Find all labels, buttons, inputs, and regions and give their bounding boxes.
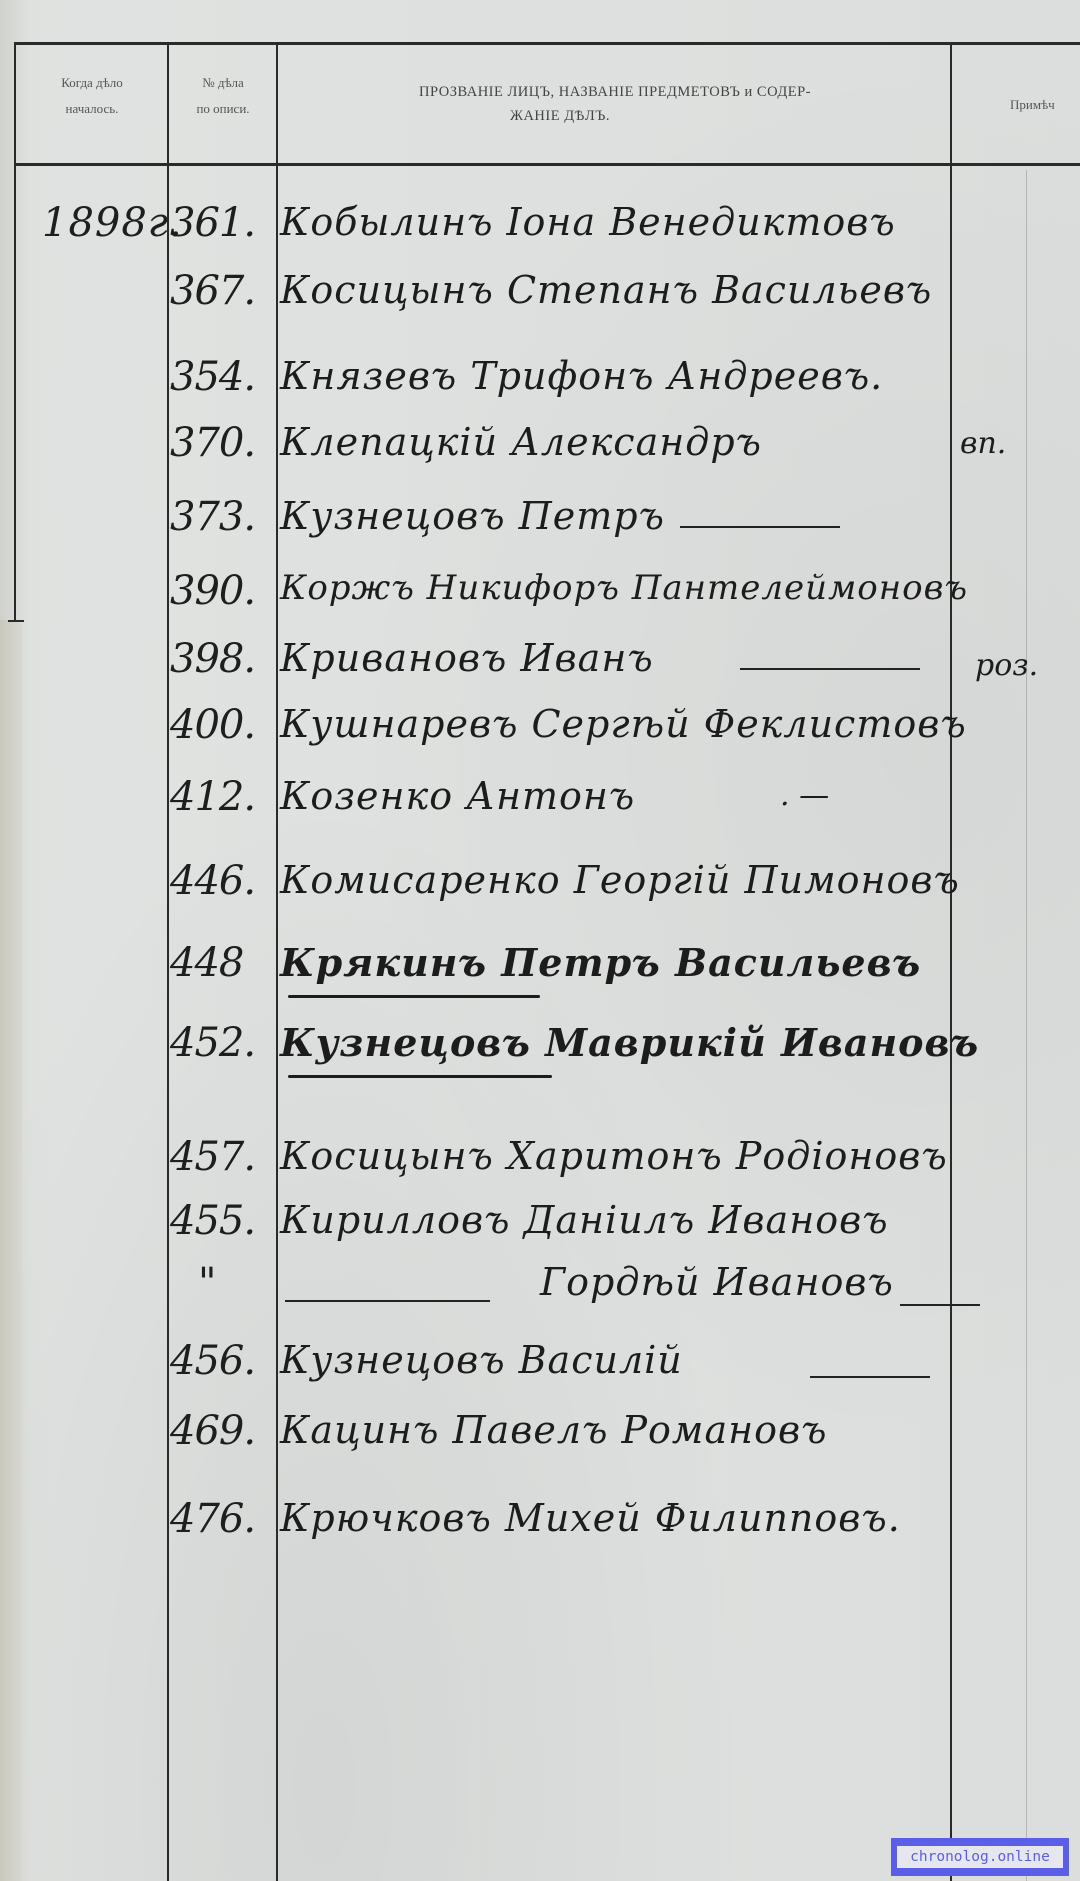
case-note: роз. xyxy=(975,648,1038,683)
table-row: 398. Кривановъ Иванъ роз. xyxy=(0,636,1080,696)
case-name: Кацинъ Павелъ Романовъ xyxy=(280,1408,827,1452)
filler-dash xyxy=(740,668,920,670)
table-row: 400. Кушнаревъ Сергѣй Феклистовъ xyxy=(0,702,1080,762)
case-name: Клепацкій Александръ xyxy=(280,420,762,464)
header-contents-line1: ПРОЗВАНІЕ ЛИЦЪ, НАЗВАНІЕ ПРЕДМЕТОВЪ и СО… xyxy=(280,80,950,104)
case-number: 398. xyxy=(170,636,282,682)
case-number: 412. xyxy=(170,774,282,820)
case-number: 446. xyxy=(170,858,282,904)
case-number: 455. xyxy=(170,1198,282,1244)
table-row: 412. Козенко Антонъ . — xyxy=(0,774,1080,834)
case-name: Косицынъ Харитонъ Родіоновъ xyxy=(280,1134,948,1178)
filler-dash xyxy=(680,526,840,528)
header-contents-line2: ЖАНІЕ ДѢЛЪ. xyxy=(170,104,950,128)
case-name: Коржъ Никифоръ Пантелеймоновъ xyxy=(280,568,968,608)
watermark-text: chronolog.online xyxy=(897,1846,1063,1868)
case-name: Гордѣй Ивановъ xyxy=(540,1260,894,1304)
table-row: 448 Крякинъ Петръ Васильевъ xyxy=(0,940,1080,1000)
header-date-line1: Когда дѣло xyxy=(18,70,166,96)
case-number: 373. xyxy=(170,494,282,540)
case-number: 361. xyxy=(170,200,282,246)
header-contents: ПРОЗВАНІЕ ЛИЦЪ, НАЗВАНІЕ ПРЕДМЕТОВЪ и СО… xyxy=(280,80,950,128)
surname-underline xyxy=(288,995,540,998)
case-number: 354. xyxy=(170,354,282,400)
case-note: вп. xyxy=(960,426,1006,461)
case-number: 452. xyxy=(170,1020,282,1066)
table-row: 390. Коржъ Никифоръ Пантелеймоновъ xyxy=(0,568,1080,628)
case-number: 448 xyxy=(170,940,282,986)
archive-page: Когда дѣло началось. № дѣла по описи. ПР… xyxy=(0,0,1080,1881)
case-name: Кушнаревъ Сергѣй Феклистовъ xyxy=(280,702,967,746)
header-date-started: Когда дѣло началось. xyxy=(18,70,166,122)
table-row: 361. Кобылинъ Іона Венедиктовъ xyxy=(0,200,1080,260)
table-row: 456. Кузнецовъ Василій xyxy=(0,1338,1080,1398)
case-number: 457. xyxy=(170,1134,282,1180)
case-number: 476. xyxy=(170,1496,282,1542)
table-row: 455. Кирилловъ Даніилъ Ивановъ xyxy=(0,1198,1080,1258)
case-name: Козенко Антонъ xyxy=(280,774,635,818)
case-name: Косицынъ Степанъ Васильевъ xyxy=(280,268,932,312)
table-row: 367. Косицынъ Степанъ Васильевъ xyxy=(0,268,1080,328)
case-number: 370. xyxy=(170,420,282,466)
case-name: Крякинъ Петръ Васильевъ xyxy=(280,940,921,985)
case-name: Кирилловъ Даніилъ Ивановъ xyxy=(280,1198,889,1242)
table-row: 373. Кузнецовъ Петръ xyxy=(0,494,1080,554)
case-name: Кобылинъ Іона Венедиктовъ xyxy=(280,200,896,244)
case-number: 400. xyxy=(170,702,282,748)
ditto-dash xyxy=(285,1300,490,1302)
case-note: . — xyxy=(780,778,829,813)
header-number-line1: № дѣла xyxy=(170,70,276,96)
table-row: 457. Косицынъ Харитонъ Родіоновъ xyxy=(0,1134,1080,1194)
header-notes: Примѣч xyxy=(1010,92,1080,118)
case-name: Кривановъ Иванъ xyxy=(280,636,654,680)
watermark-badge: chronolog.online xyxy=(891,1838,1069,1876)
case-name: Крючковъ Михей Филипповъ. xyxy=(280,1496,901,1540)
case-name: Князевъ Трифонъ Андреевъ. xyxy=(280,354,883,398)
table-row: " Гордѣй Ивановъ xyxy=(0,1260,1080,1320)
table-row: 469. Кацинъ Павелъ Романовъ xyxy=(0,1408,1080,1468)
case-name: Комисаренко Георгій Пимоновъ xyxy=(280,858,960,902)
filler-dash xyxy=(900,1304,980,1306)
filler-dash xyxy=(810,1376,930,1378)
header-date-line2: началось. xyxy=(18,96,166,122)
header-top-rule xyxy=(14,42,1080,45)
case-name: Кузнецовъ Петръ xyxy=(280,494,665,538)
table-row: 446. Комисаренко Георгій Пимоновъ xyxy=(0,858,1080,918)
header-bottom-rule xyxy=(14,163,1080,166)
table-row: 370. Клепацкій Александръ вп. xyxy=(0,420,1080,480)
table-row: 452. Кузнецовъ Маврикій Ивановъ xyxy=(0,1020,1080,1080)
case-number: 469. xyxy=(170,1408,282,1454)
case-name: Кузнецовъ Маврикій Ивановъ xyxy=(280,1020,979,1065)
case-number: 390. xyxy=(170,568,282,614)
case-name: Кузнецовъ Василій xyxy=(280,1338,683,1382)
surname-underline xyxy=(288,1075,552,1078)
table-row: 354. Князевъ Трифонъ Андреевъ. xyxy=(0,354,1080,414)
case-number: 456. xyxy=(170,1338,282,1384)
case-number: 367. xyxy=(170,268,282,314)
table-row: 476. Крючковъ Михей Филипповъ. xyxy=(0,1496,1080,1556)
